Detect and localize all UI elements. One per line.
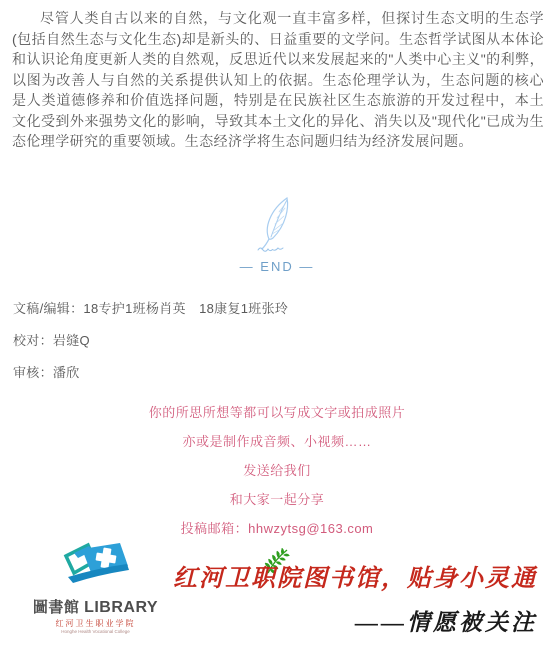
credits-block: 文稿/编辑：18专护1班杨肖英 18康复1班张玲 校对：岩缝Q 审核：潘欣 xyxy=(13,298,554,381)
submission-line: 和大家一起分享 xyxy=(0,489,554,508)
credit-proofreader: 校对：岩缝Q xyxy=(13,330,554,349)
submission-line: 亦或是制作成音频、小视频…… xyxy=(0,431,554,450)
slogan-line-2: ——情愿被关注 xyxy=(173,604,537,637)
logo-title: 圖書館 LIBRARY xyxy=(28,596,163,617)
article-paragraph: 尽管人类自古以来的自然，与文化观一直丰富多样，但探讨生态文明的生态学(包括自然生… xyxy=(0,0,554,152)
logo-title-cn: 圖書館 xyxy=(33,599,80,616)
submission-line: 发送给我们 xyxy=(0,460,554,479)
submission-block: 你的所思所想等都可以写成文字或拍成照片 亦或是制作成音频、小视频…… 发送给我们… xyxy=(0,402,554,537)
library-logo: 圖書館 LIBRARY 红河卫生职业学院 Honghe Health Vocat… xyxy=(28,540,163,635)
credit-editors: 文稿/编辑：18专护1班杨肖英 18康复1班张玲 xyxy=(13,298,554,317)
submission-line: 你的所思所想等都可以写成文字或拍成照片 xyxy=(0,402,554,421)
footer: 圖書館 LIBRARY 红河卫生职业学院 Honghe Health Vocat… xyxy=(0,540,554,637)
end-section: — END — xyxy=(0,195,554,274)
library-book-icon xyxy=(28,540,163,595)
credit-reviewer: 审核：潘欣 xyxy=(13,362,554,381)
quill-feather-icon xyxy=(0,195,554,255)
submission-email-line: 投稿邮箱：hhwzytsg@163.com xyxy=(0,518,554,537)
logo-college-name-cn: 红河卫生职业学院 xyxy=(28,618,163,629)
logo-title-en: LIBRARY xyxy=(84,599,158,616)
end-label: — END — xyxy=(0,259,554,274)
logo-college-name-en: Honghe Health Vocational College xyxy=(35,629,157,634)
slogan-block: 红河卫职院图书馆，贴身小灵通 ——情愿被关注 xyxy=(163,540,554,637)
slogan-line-1: 红河卫职院图书馆，贴身小灵通 xyxy=(173,558,537,593)
article-page: 尽管人类自古以来的自然，与文化观一直丰富多样，但探讨生态文明的生态学(包括自然生… xyxy=(0,0,554,648)
